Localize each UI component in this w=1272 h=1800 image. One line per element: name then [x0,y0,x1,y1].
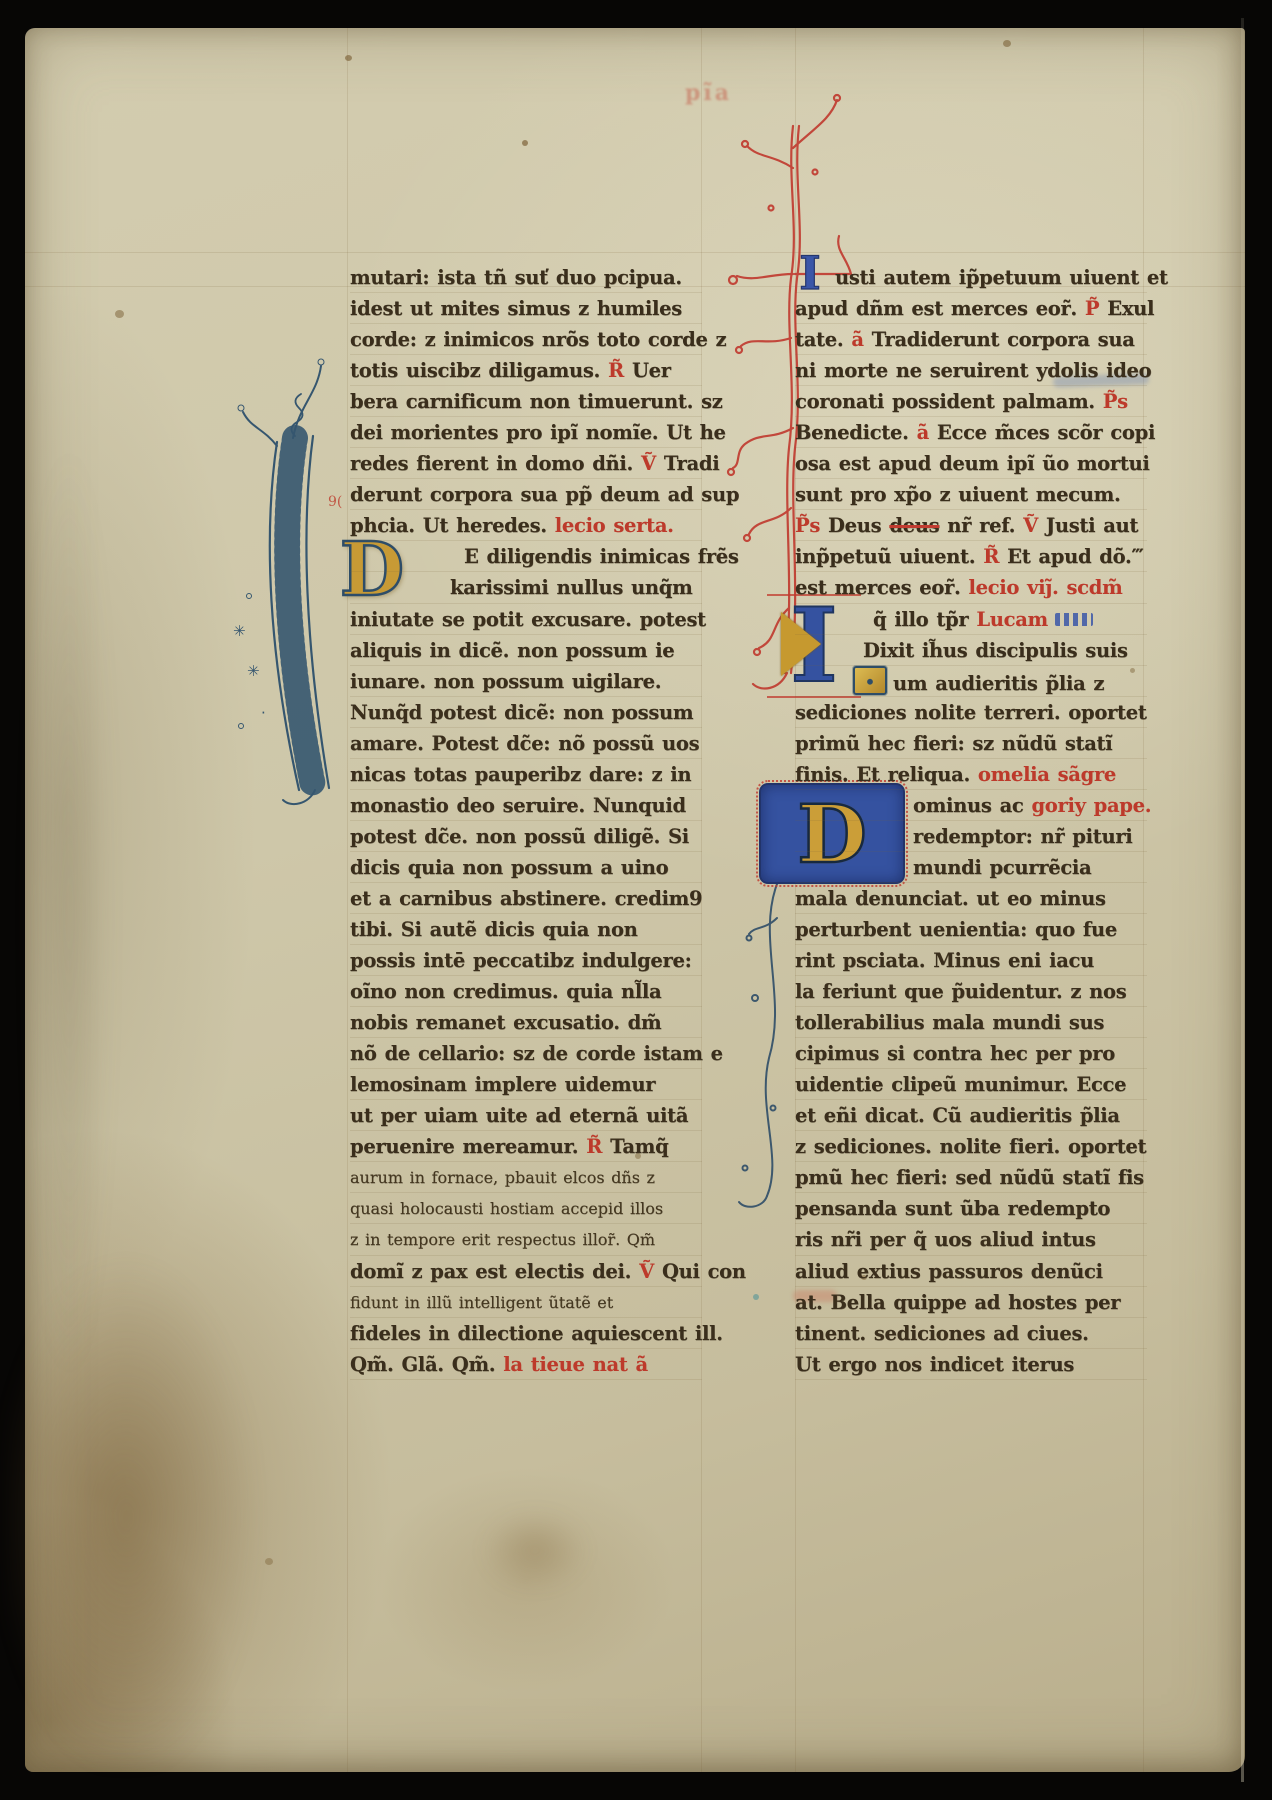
text-segment: pensanda sunt ũba redempto [795,1197,1110,1220]
text-line: ris nr̃i per q̃ uos aliud intus [795,1224,1147,1255]
rubric-segment: R̃ [983,545,999,568]
rubric-segment: Lucam [976,608,1048,631]
svg-text:·: · [261,704,266,722]
text-segment: ris nr̃i per q̃ uos aliud intus [795,1228,1096,1251]
stain [25,288,135,1538]
text-line: nobis remanet excusatio. dm̃ [350,1007,702,1038]
text-line: oĩno non credimus. quia nl̃la [350,976,702,1007]
text-line: iunare. non possum uigilare. [350,666,702,697]
text-line: mala denunciat. ut eo minus [795,883,1147,914]
struck-segment: deus [889,514,939,537]
text-line: ominus ac goriy pape. [795,790,1147,821]
text-segment: idest ut mites simus z humiles [350,297,682,320]
text-segment: et eñi dicat. Cũ audieritis p̃lia [795,1104,1120,1127]
text-line: apud dñm est merces eor̃. P̃ Exul [795,293,1147,324]
text-segment: sediciones nolite terreri. oportet [795,701,1147,724]
text-line: aurum in fornace, pbauit elcos dñs z [350,1162,702,1193]
text-segment: amare. Potest dc̃e: nõ possũ uos [350,732,699,755]
blue-line-filler [1055,613,1093,626]
text-line: la feriunt que p̃uidentur. z nos [795,976,1147,1007]
text-segment: Qui con [654,1260,746,1283]
rubric-segment: lecio vij̃. scdm̃ [969,576,1123,599]
text-line: primũ hec fieri: sz nũdũ statĩ [795,728,1147,759]
rubric-segment: Ṽ [1023,514,1038,537]
text-segment: z sediciones. nolite fieri. oportet [795,1135,1146,1158]
text-segment: Tradiderunt corpora sua [864,328,1135,351]
text-line: fideles in dilectione aquiescent ill. [350,1318,702,1349]
text-line: nicas totas pauperibz dare: z in [350,759,702,790]
text-line: est merces eor̃. lecio vij̃. scdm̃ [795,572,1147,603]
text-line: pensanda sunt ũba redempto [795,1193,1147,1224]
text-segment: Ut ergo nos indicet iterus [795,1353,1074,1376]
text-segment: potest dc̃e. non possũ diligẽ. Si [350,825,689,848]
text-line: corde: z inimicos nrõs toto corde z [350,324,702,355]
text-line: phcia. Ut heredes. lecio serta. [350,510,702,541]
text-line: q̃ illo tp̃r Lucam [795,604,1147,635]
text-segment: uidentie clipeũ munimur. Ecce [795,1073,1126,1096]
gold-initial-box [853,666,887,695]
text-segment: oĩno non credimus. quia nl̃la [350,980,661,1003]
text-segment: tinent. sediciones ad ciues. [795,1322,1089,1345]
text-segment: Tradi [656,452,720,475]
svg-text:✳: ✳ [233,622,246,640]
text-line: nõ de cellario: sz de corde istam e [350,1038,702,1069]
parchment-leaf: pĩa 9( [25,28,1245,1772]
text-line: cipimus si contra hec per pro [795,1038,1147,1069]
text-segment: dicis quia non possum a uino [350,856,668,879]
text-line: um audieritis p̃lia z [795,666,1147,697]
text-segment: fidunt in illũ intelligent ũtatẽ et [350,1293,613,1312]
text-segment: aliquis in dicẽ. non possum ie [350,639,674,662]
text-segment: Tamq̃ [602,1135,668,1158]
text-line: Nunq̃d potest dicẽ: non possum [350,697,702,728]
text-segment: apud dñm est merces eor̃. [795,297,1085,320]
text-line: peruenire mereamur. R̃ Tamq̃ [350,1131,702,1162]
text-line: Dixit ih̃us discipulis suis [795,635,1147,666]
speck [115,310,124,318]
text-segment: monastio deo seruire. Nunquid [350,794,686,817]
text-line: z sediciones. nolite fieri. oportet [795,1131,1147,1162]
left-text-column: mutari: ista tñ suť duo pcipua.idest ut … [350,262,702,1380]
rubric-segment: la tieue nat ã [503,1353,648,1376]
text-segment: lemosinam implere uidemur [350,1073,655,1096]
text-line: bera carnificum non timuerunt. sz [350,386,702,417]
text-segment: at. Bella quippe ad hostes per [795,1291,1120,1314]
text-segment: aliud extius passuros denũci [795,1260,1103,1283]
ruling-vertical [347,28,348,1772]
text-segment: primũ hec fieri: sz nũdũ statĩ [795,732,1112,755]
text-line: uidentie clipeũ munimur. Ecce [795,1069,1147,1100]
rubric-segment: P̃s [795,514,820,537]
text-segment: perturbent uenientia: quo fue [795,918,1117,941]
text-segment: Qm̃. Glã. Qm̃. [350,1353,503,1376]
text-line: Qm̃. Glã. Qm̃. la tieue nat ã [350,1349,702,1380]
text-line: et eñi dicat. Cũ audieritis p̃lia [795,1100,1147,1131]
text-line: mundi pcurrẽcia [795,852,1147,883]
text-segment: derunt corpora sua pp̃ deum ad sup [350,483,739,506]
text-segment: Deus [820,514,889,537]
text-segment: bera carnificum non timuerunt. sz [350,390,723,413]
rubric-segment: Ṽ [639,1260,654,1283]
text-line: sediciones nolite terreri. oportet [795,697,1147,728]
text-segment: est merces eor̃. [795,576,969,599]
text-segment: possis intē peccatibz indulgere: [350,949,692,972]
speck [522,140,528,146]
text-line: derunt corpora sua pp̃ deum ad sup [350,479,702,510]
text-segment: tibi. Si autẽ dicis quia non [350,918,638,941]
text-line: ni morte ne seruirent ydolis ideo [795,355,1147,386]
book-fore-edge [1242,18,1272,1782]
text-segment: nicas totas pauperibz dare: z in [350,763,691,786]
text-line: totis uiscibz diligamus. R̃ Uer [350,355,702,386]
text-line: redes fierent in domo dñi. Ṽ Tradi [350,448,702,479]
speck [753,1294,759,1300]
text-segment: mundi pcurrẽcia [913,856,1091,879]
text-line: amare. Potest dc̃e: nõ possũ uos [350,728,702,759]
text-line: redemptor: nr̃ pituri [795,821,1147,852]
text-line: at. Bella quippe ad hostes per [795,1287,1147,1318]
text-line: iniutate se potit excusare. potest [350,604,702,635]
text-line: idest ut mites simus z humiles [350,293,702,324]
text-line: z in tempore erit respectus illor̃. Qm̃ [350,1224,702,1255]
marginal-correction-mark: 9( [328,494,342,510]
text-segment: Uer [624,359,671,382]
ruling-horizontal [25,252,1245,253]
text-segment: et a carnibus abstinere. credim9 [350,887,702,910]
speck [1003,40,1011,47]
text-segment: nobis remanet excusatio. dm̃ [350,1011,661,1034]
text-segment: quasi holocausti hostiam accepid illos [350,1199,663,1218]
text-line: ut per uiam uite ad eternã uitã [350,1100,702,1131]
text-segment: redes fierent in domo dñi. [350,452,641,475]
text-segment: redemptor: nr̃ pituri [913,825,1132,848]
text-line: perturbent uenientia: quo fue [795,914,1147,945]
text-segment: Exul [1099,297,1154,320]
text-line: Benedicte. ã Ecce m̃ces scõr copi [795,417,1147,448]
text-segment: corde: z inimicos nrõs toto corde z [350,328,726,351]
rubric-segment: omelia sãgre [978,763,1116,786]
text-segment: tate. [795,328,851,351]
faded-inscription: pĩa [685,80,825,106]
text-line: aliquis in dicẽ. non possum ie [350,635,702,666]
text-segment: Benedicte. [795,421,917,444]
stain [465,1498,605,1603]
text-segment: nr̃ ref. [939,514,1023,537]
text-line: quasi holocausti hostiam accepid illos [350,1193,702,1224]
text-line: finis. Et reliqua. omelia sãgre [795,759,1147,790]
text-segment: fideles in dilectione aquiescent ill. [350,1322,723,1345]
rubric-segment: Ṽ [641,452,656,475]
text-line: inp̃petuũ uiuent. R̃ Et apud dõ.‴ [795,541,1147,572]
text-segment: sunt pro xp̃o z uiuent mecum. [795,483,1121,506]
text-line: usti autem ip̃petuum uiuent et [795,262,1147,293]
text-segment: inp̃petuũ uiuent. [795,545,983,568]
text-segment: Ecce m̃ces scõr copi [929,421,1155,444]
text-line: et a carnibus abstinere. credim9 [350,883,702,914]
text-line: karissimi nullus unq̃m [350,572,702,603]
text-line: dicis quia non possum a uino [350,852,702,883]
text-segment: totis uiscibz diligamus. [350,359,608,382]
text-segment: coronati possident palmam. [795,390,1103,413]
text-segment: la feriunt que p̃uidentur. z nos [795,980,1126,1003]
text-line: pmũ hec fieri: sed nũdũ statĩ fis [795,1162,1147,1193]
text-segment: cipimus si contra hec per pro [795,1042,1115,1065]
text-segment: Et apud dõ.‴ [999,545,1143,568]
text-segment: domĩ z pax est electis dei. [350,1260,639,1283]
text-line: mutari: ista tñ suť duo pcipua. [350,262,702,293]
text-line: P̃s Deus deus nr̃ ref. Ṽ Justi aut [795,510,1147,541]
text-segment: Dixit ih̃us discipulis suis [863,639,1128,662]
rubric-segment: P̃ [1085,297,1099,320]
text-segment: tollerabilius mala mundi sus [795,1011,1104,1034]
text-segment: iniutate se potit excusare. potest [350,608,706,631]
manuscript-photo: pĩa 9( [0,0,1272,1800]
text-segment: peruenire mereamur. [350,1135,586,1158]
text-segment: ut per uiam uite ad eternã uitã [350,1104,688,1127]
stain [5,1108,325,1768]
text-line: sunt pro xp̃o z uiuent mecum. [795,479,1147,510]
text-segment: mala denunciat. ut eo minus [795,887,1106,910]
text-line: tate. ã Tradiderunt corpora sua [795,324,1147,355]
text-line: E diligendis inimicas frẽs [350,541,702,572]
text-line: osa est apud deum ipı̃ ũo mortui [795,448,1147,479]
text-segment: iunare. non possum uigilare. [350,670,661,693]
text-segment: aurum in fornace, pbauit elcos dñs z [350,1168,655,1187]
text-line: tibi. Si autẽ dicis quia non [350,914,702,945]
text-segment: z in tempore erit respectus illor̃. Qm̃ [350,1230,655,1249]
svg-text:✳: ✳ [247,662,260,680]
speck [265,1558,273,1565]
text-line: coronati possident palmam. P̃s [795,386,1147,417]
text-segment: mutari: ista tñ suť duo pcipua. [350,266,682,289]
text-line: fidunt in illũ intelligent ũtatẽ et [350,1287,702,1318]
text-segment: nõ de cellario: sz de corde istam e [350,1042,723,1065]
text-segment: phcia. Ut heredes. [350,514,555,537]
text-line: domĩ z pax est electis dei. Ṽ Qui con [350,1256,702,1287]
text-line: monastio deo seruire. Nunquid [350,790,702,821]
text-segment: ni morte ne seruirent ydolis ideo [795,359,1151,382]
text-segment: um audieritis p̃lia z [893,672,1104,695]
text-segment: ominus ac [913,794,1031,817]
rubric-segment: goriy pape. [1031,794,1151,817]
text-segment: Justi aut [1038,514,1138,537]
speck [345,55,352,61]
text-segment: rint psciata. Minus eni iacu [795,949,1094,972]
text-segment: q̃ illo tp̃r [873,608,976,631]
rubric-segment: R̃ [608,359,624,382]
text-segment: finis. Et reliqua. [795,763,978,786]
rubric-segment: ã [917,421,929,444]
text-line: tollerabilius mala mundi sus [795,1007,1147,1038]
text-line: possis intē peccatibz indulgere: [350,945,702,976]
text-line: potest dc̃e. non possũ diligẽ. Si [350,821,702,852]
rubric-segment: ã [851,328,863,351]
text-segment: Nunq̃d potest dicẽ: non possum [350,701,693,724]
text-line: dei morientes pro ipı̃ nomĩe. Ut he [350,417,702,448]
fore-edge-highlight [1241,18,1244,1782]
text-segment: dei morientes pro ipı̃ nomĩe. Ut he [350,421,726,444]
rubric-segment: lecio serta. [555,514,674,537]
text-line: aliud extius passuros denũci [795,1256,1147,1287]
text-segment: pmũ hec fieri: sed nũdũ statĩ fis [795,1166,1144,1189]
text-line: tinent. sediciones ad ciues. [795,1318,1147,1349]
text-segment: osa est apud deum ipı̃ ũo mortui [795,452,1150,475]
text-segment: E diligendis inimicas frẽs [464,545,739,568]
text-segment: usti autem ip̃petuum uiuent et [835,266,1168,289]
text-line: rint psciata. Minus eni iacu [795,945,1147,976]
text-segment: karissimi nullus unq̃m [450,576,692,599]
rubric-segment: R̃ [586,1135,602,1158]
text-line: Ut ergo nos indicet iterus [795,1349,1147,1380]
text-line: lemosinam implere uidemur [350,1069,702,1100]
rubric-segment: P̃s [1103,390,1128,413]
right-text-column: usti autem ip̃petuum uiuent etapud dñm e… [795,262,1147,1380]
